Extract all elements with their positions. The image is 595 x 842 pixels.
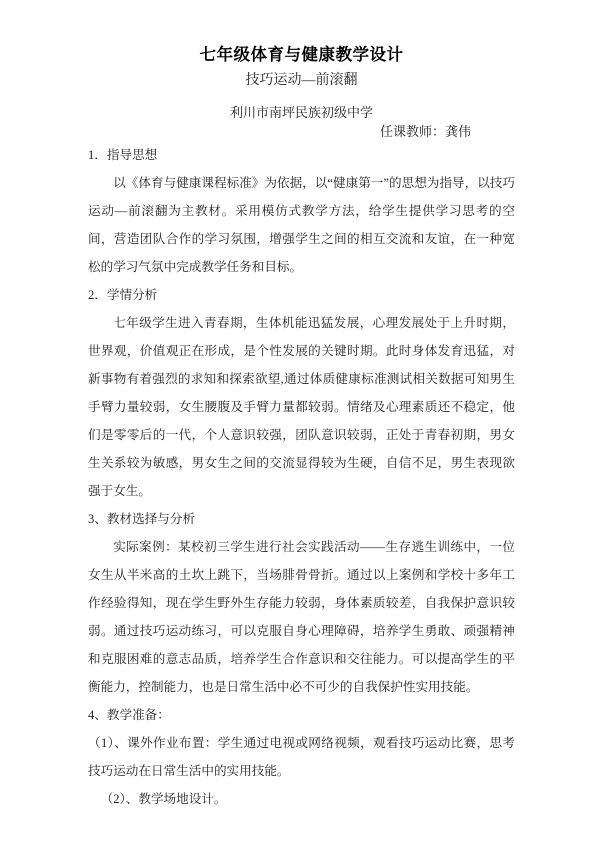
section-2-heading: 2．学情分析 xyxy=(88,281,515,309)
section-3-heading: 3、教材选择与分析 xyxy=(88,505,515,533)
section-3-paragraph: 实际案例：某校初三学生进行社会实践活动——生存逃生训练中，一位女生从半米高的土坎… xyxy=(88,533,515,701)
document-body: 1．指导思想 以《体育与健康课程标准》为依据，以“健康第一”的思想为指导，以技巧… xyxy=(88,141,515,813)
section-2-paragraph: 七年级学生进入青春期，生体机能迅猛发展，心理发展处于上升时期，世界观，价值观正在… xyxy=(88,309,515,505)
section-1-heading: 1．指导思想 xyxy=(88,141,515,169)
document-title: 七年级体育与健康教学设计 xyxy=(88,42,515,68)
section-4-item-1: （1）、课外作业布置：学生通过电视或网络视频，观看技巧运动比赛，思考技巧运动在日… xyxy=(88,729,515,785)
section-4-heading: 4、教学准备： xyxy=(88,701,515,729)
teacher-credit: 任课教师：龚伟 xyxy=(88,124,515,139)
document-page: 七年级体育与健康教学设计 技巧运动—前滚翻 利川市南坪民族初级中学 任课教师：龚… xyxy=(0,0,595,842)
section-1-paragraph: 以《体育与健康课程标准》为依据，以“健康第一”的思想为指导，以技巧运动—前滚翻为… xyxy=(88,169,515,281)
school-name: 利川市南坪民族初级中学 xyxy=(88,102,515,124)
document-subtitle: 技巧运动—前滚翻 xyxy=(88,68,515,94)
section-4-item-2: （2）、教学场地设计。 xyxy=(88,785,515,813)
